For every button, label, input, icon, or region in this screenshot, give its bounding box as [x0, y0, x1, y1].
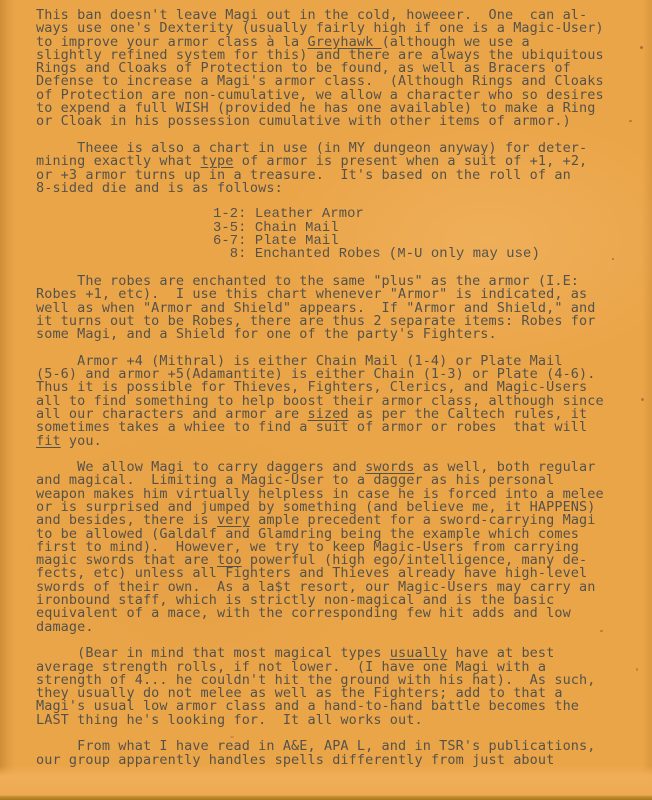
paper-speckle	[641, 398, 644, 401]
paragraph: Theee is also a chart in use (in MY dung…	[36, 142, 636, 195]
paragraph: (Bear in mind that most magical types us…	[36, 647, 636, 727]
text-segment: you.	[61, 433, 102, 449]
text-line: some Magi, and a Shield for one of the p…	[36, 328, 636, 341]
text-segment: damage.	[36, 619, 94, 635]
paragraph: This ban doesn't leave Magi out in the c…	[36, 9, 636, 129]
text-line: equivalent of a mace, with the correspon…	[36, 607, 636, 620]
text-segment: 8-sided die and is as follows:	[36, 180, 283, 196]
paper-speckle	[636, 668, 638, 671]
text-segment: 8: Enchanted Robes (M-U only may use)	[213, 247, 540, 262]
text-line: 8-sided die and is as follows:	[36, 182, 636, 195]
scanned-page: This ban doesn't leave Magi out in the c…	[0, 0, 652, 800]
text-line: damage.	[36, 621, 636, 634]
text-line: fit you.	[36, 435, 636, 448]
die-roll-table: 1-2: Leather Armor3-5: Chain Mail6-7: Pl…	[213, 208, 636, 261]
paper-speckle	[640, 46, 643, 49]
text-segment: some Magi, and a Shield for one of the p…	[36, 326, 497, 342]
text-segment: LAST thing he's looking for. It all work…	[36, 712, 423, 728]
text-segment: equivalent of a mace, with the correspon…	[36, 605, 571, 621]
text-line: or Cloak in his possession cumulative wi…	[36, 115, 636, 128]
paragraph: From what I have read in A&E, APA L, and…	[36, 740, 636, 767]
paragraph: We allow Magi to carry daggers and sword…	[36, 461, 636, 634]
text-line: sometimes takes a whiee to find a suit o…	[36, 421, 636, 434]
text-line: 1-2: Leather Armor	[213, 208, 636, 221]
text-segment: or Cloak in his possession cumulative wi…	[36, 113, 571, 129]
text-segment: sometimes takes a whiee to find a suit o…	[36, 419, 587, 435]
text-line: 8: Enchanted Robes (M-U only may use)	[213, 248, 636, 261]
paragraph: Armor +4 (Mithral) is either Chain Mail …	[36, 355, 636, 448]
paragraph: The robes are enchanted to the same "plu…	[36, 275, 636, 341]
underlined-text: fit	[36, 433, 61, 449]
text-segment: our group apparently handles spells diff…	[36, 752, 554, 768]
document-text: This ban doesn't leave Magi out in the c…	[36, 9, 636, 767]
text-line: our group apparently handles spells diff…	[36, 754, 636, 767]
text-line: LAST thing he's looking for. It all work…	[36, 714, 636, 727]
